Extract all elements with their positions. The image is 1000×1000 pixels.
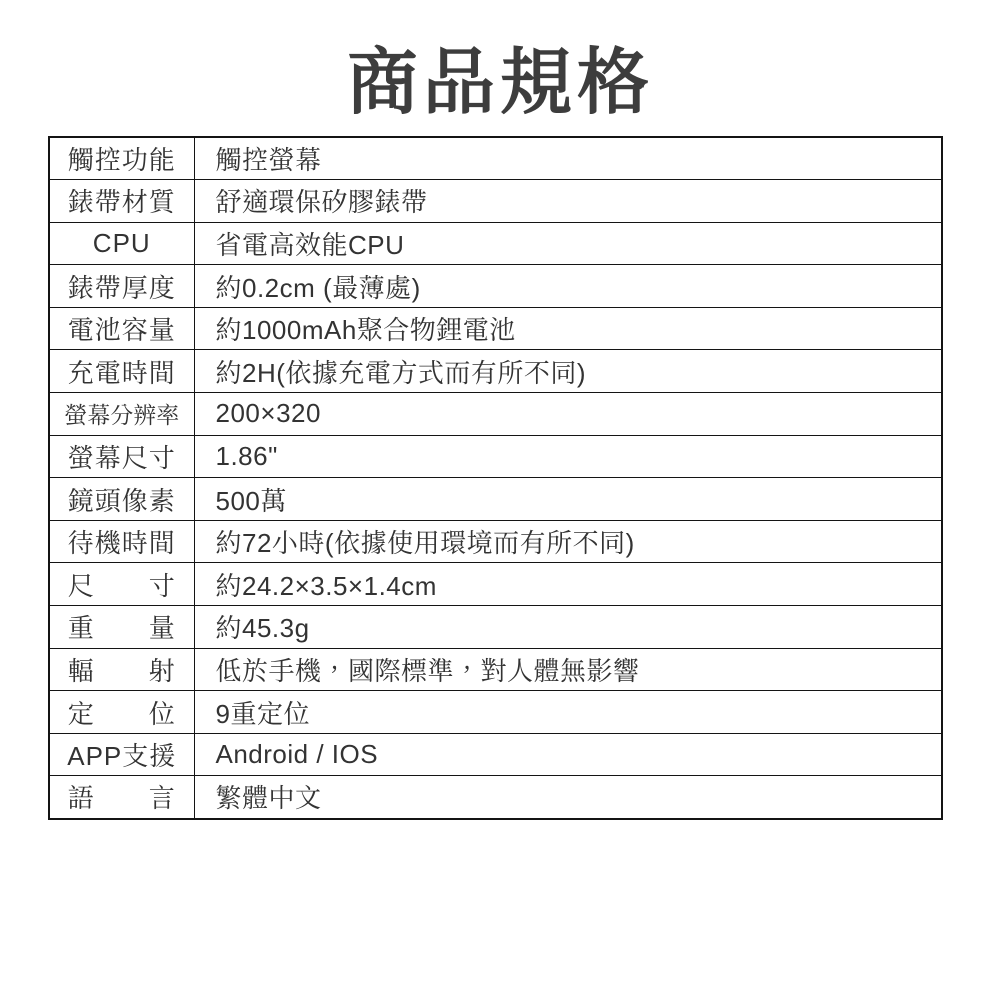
table-row: 螢幕尺寸 1.86" <box>49 435 942 478</box>
table-row: 電池容量 約1000mAh聚合物鋰電池 <box>49 307 942 350</box>
spec-label-language: 語 言 <box>49 776 194 819</box>
spec-label-dimensions: 尺 寸 <box>49 563 194 606</box>
spec-value-standby-time: 約72小時(依據使用環境而有所不同) <box>194 520 942 563</box>
spec-label-strap-thickness: 錶帶厚度 <box>49 265 194 308</box>
page-title: 商品規格 <box>0 42 1000 124</box>
spec-label-camera-pixels: 鏡頭像素 <box>49 478 194 521</box>
table-row: 語 言 繁體中文 <box>49 776 942 819</box>
table-row: CPU 省電高效能CPU <box>49 222 942 265</box>
spec-value-cpu: 省電高效能CPU <box>194 222 942 265</box>
spec-value-screen-size: 1.86" <box>194 435 942 478</box>
spec-value-strap-thickness: 約0.2cm (最薄處) <box>194 265 942 308</box>
table-row: 觸控功能 觸控螢幕 <box>49 137 942 180</box>
spec-value-dimensions: 約24.2×3.5×1.4cm <box>194 563 942 606</box>
spec-label-standby-time: 待機時間 <box>49 520 194 563</box>
spec-value-charge-time: 約2H(依據充電方式而有所不同) <box>194 350 942 393</box>
spec-label-strap-material: 錶帶材質 <box>49 180 194 223</box>
spec-label-radiation: 輻 射 <box>49 648 194 691</box>
spec-value-weight: 約45.3g <box>194 606 942 649</box>
spec-value-camera-pixels: 500萬 <box>194 478 942 521</box>
spec-label-cpu: CPU <box>49 222 194 265</box>
spec-value-battery-capacity: 約1000mAh聚合物鋰電池 <box>194 307 942 350</box>
spec-value-app-support: Android / IOS <box>194 733 942 776</box>
table-row: 待機時間 約72小時(依據使用環境而有所不同) <box>49 520 942 563</box>
spec-value-radiation: 低於手機，國際標準，對人體無影響 <box>194 648 942 691</box>
table-row: 鏡頭像素 500萬 <box>49 478 942 521</box>
spec-label-charge-time: 充電時間 <box>49 350 194 393</box>
spec-label-screen-resolution: 螢幕分辨率 <box>49 393 194 436</box>
spec-label-screen-size: 螢幕尺寸 <box>49 435 194 478</box>
spec-value-positioning: 9重定位 <box>194 691 942 734</box>
table-row: 充電時間 約2H(依據充電方式而有所不同) <box>49 350 942 393</box>
spec-label-touch-function: 觸控功能 <box>49 137 194 180</box>
spec-label-app-support: APP支援 <box>49 733 194 776</box>
spec-table: 觸控功能 觸控螢幕 錶帶材質 舒適環保矽膠錶帶 CPU 省電高效能CPU 錶帶厚… <box>48 136 943 820</box>
table-row: 輻 射 低於手機，國際標準，對人體無影響 <box>49 648 942 691</box>
spec-value-touch-function: 觸控螢幕 <box>194 137 942 180</box>
spec-label-positioning: 定 位 <box>49 691 194 734</box>
spec-value-language: 繁體中文 <box>194 776 942 819</box>
table-row: 重 量 約45.3g <box>49 606 942 649</box>
table-row: APP支援 Android / IOS <box>49 733 942 776</box>
spec-value-screen-resolution: 200×320 <box>194 393 942 436</box>
table-row: 尺 寸 約24.2×3.5×1.4cm <box>49 563 942 606</box>
spec-label-battery-capacity: 電池容量 <box>49 307 194 350</box>
table-row: 螢幕分辨率 200×320 <box>49 393 942 436</box>
spec-label-weight: 重 量 <box>49 606 194 649</box>
table-row: 錶帶厚度 約0.2cm (最薄處) <box>49 265 942 308</box>
spec-value-strap-material: 舒適環保矽膠錶帶 <box>194 180 942 223</box>
table-row: 錶帶材質 舒適環保矽膠錶帶 <box>49 180 942 223</box>
spec-sheet-page: 商品規格 觸控功能 觸控螢幕 錶帶材質 舒適環保矽膠錶帶 CPU 省電高效能CP… <box>0 0 1000 1000</box>
table-row: 定 位 9重定位 <box>49 691 942 734</box>
